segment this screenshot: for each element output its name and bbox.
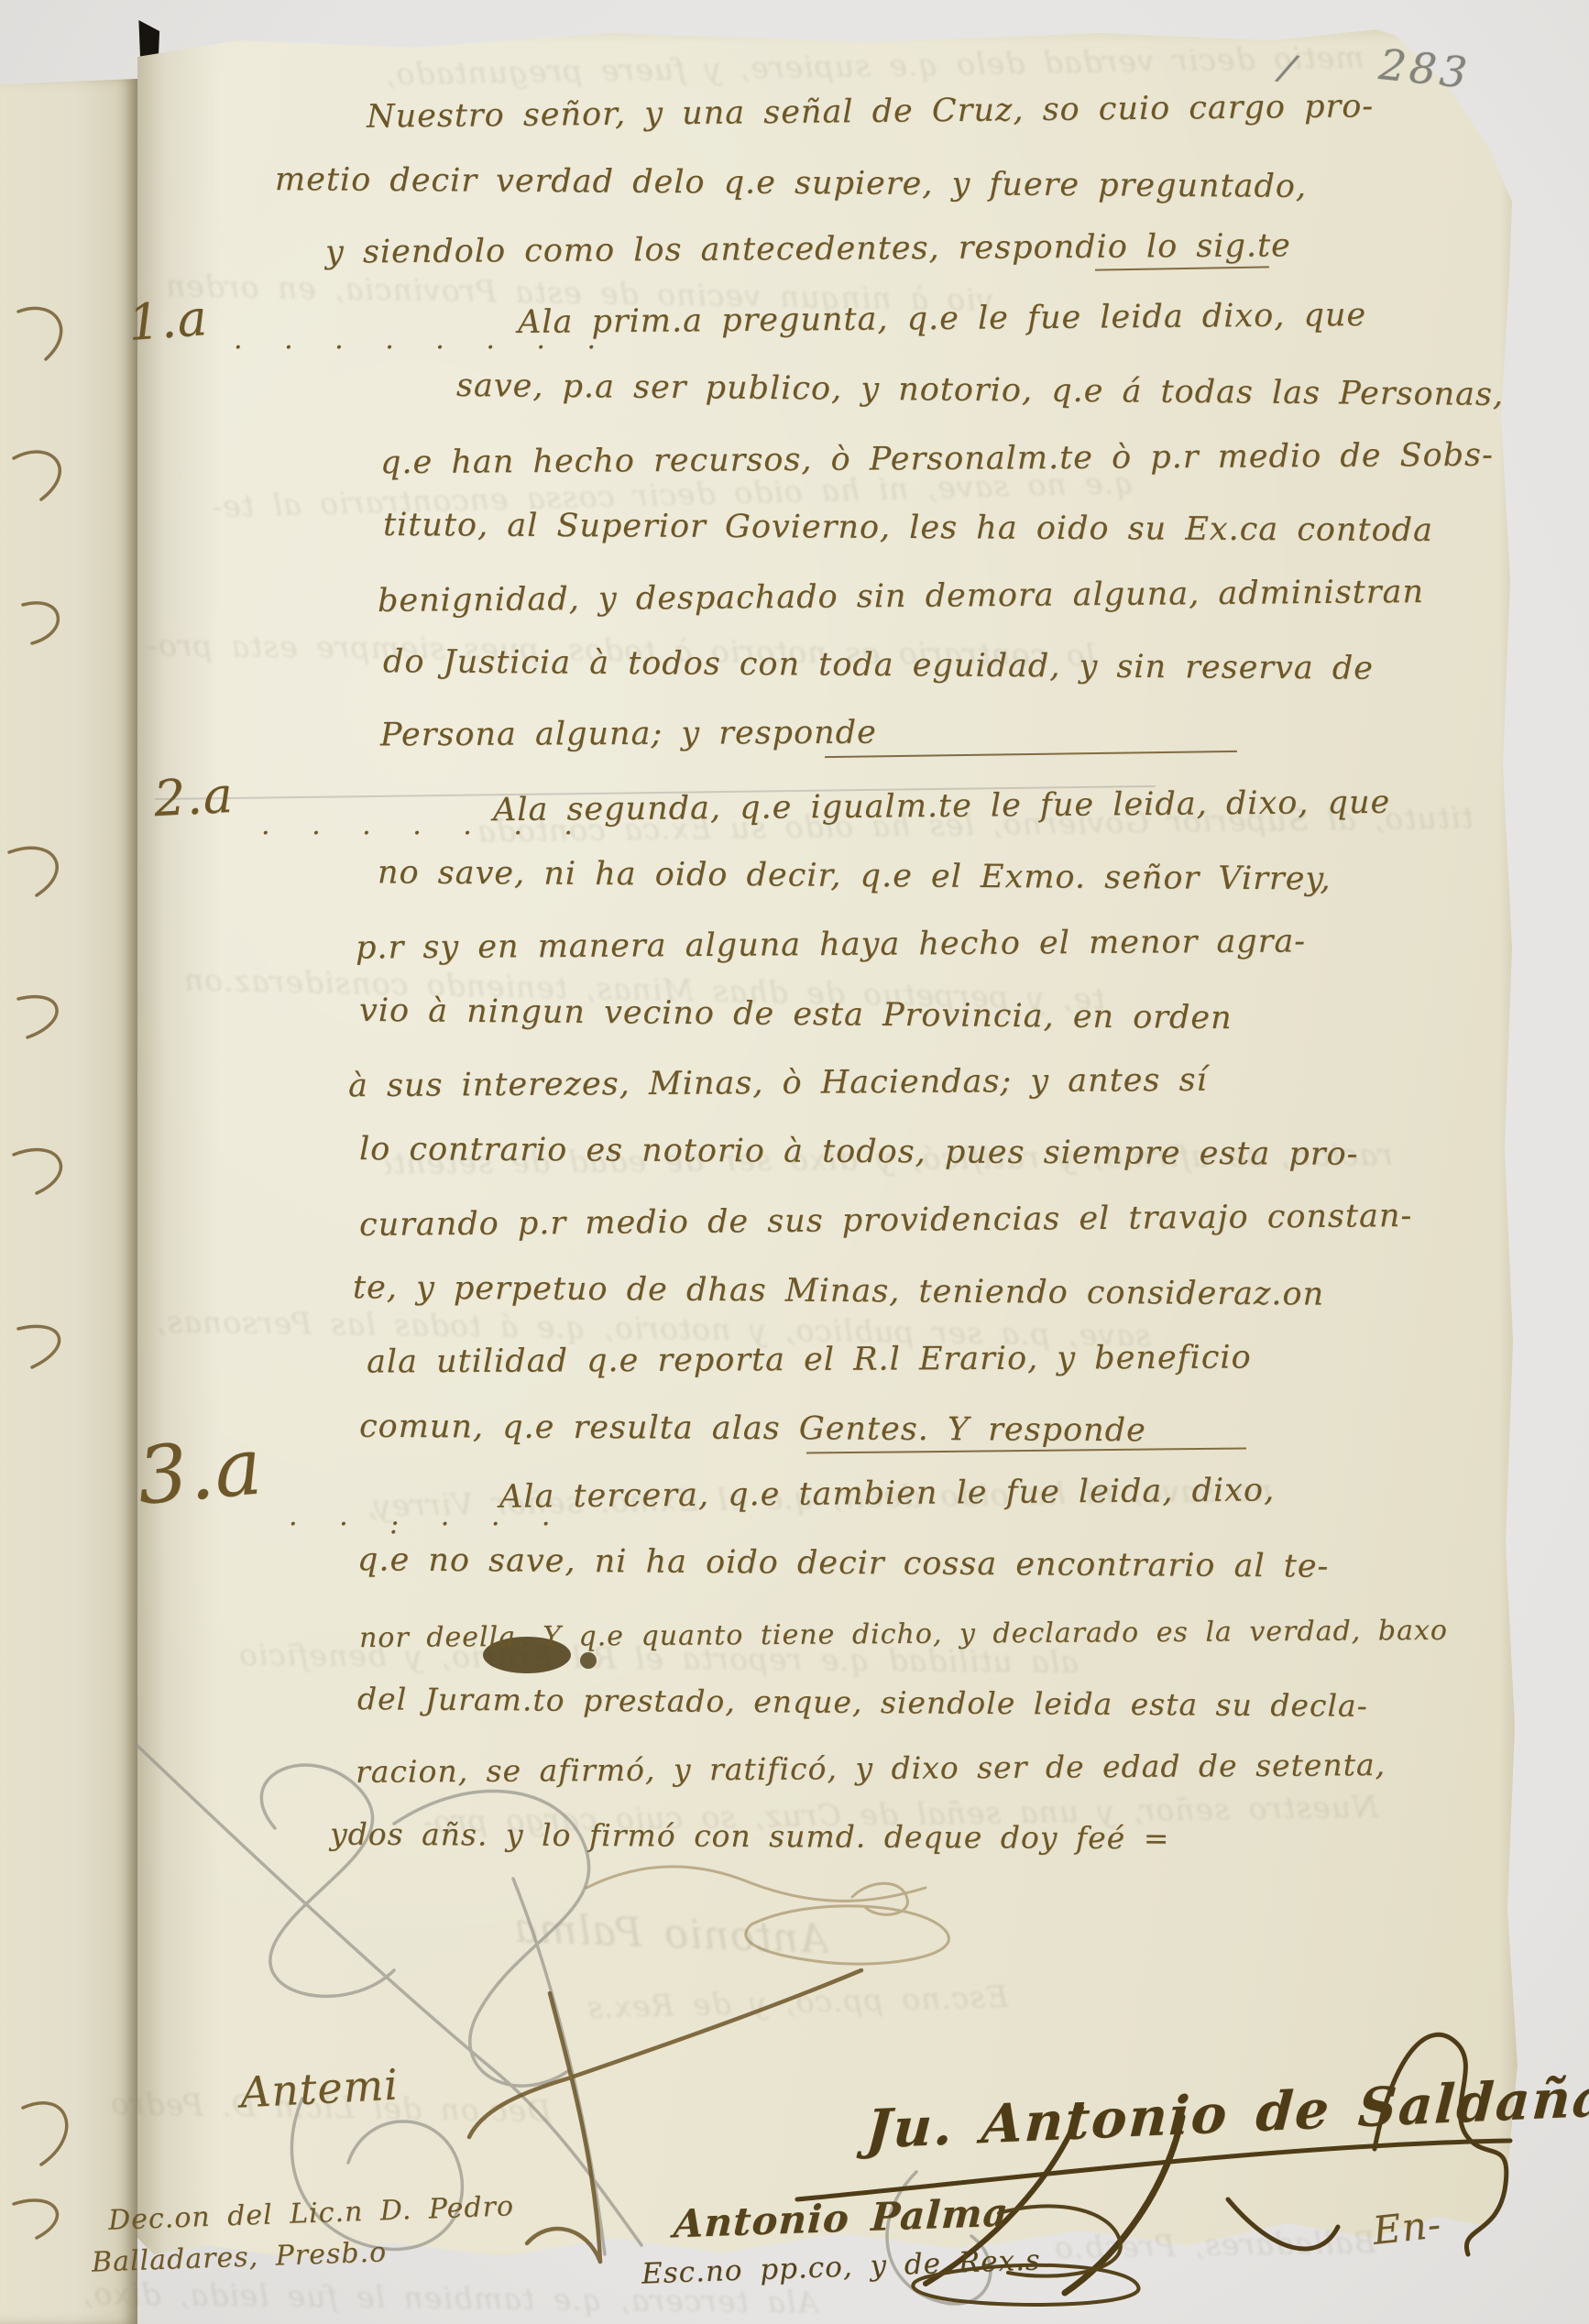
principal-signature: Ju. Antonio de Saldaña [864,2066,1589,2161]
text-line: y siendolo como los antecedentes, respon… [325,227,1291,270]
scribe-signature: Antonio Palma [673,2190,1010,2247]
text-line: comun, q.e resulta alas Gentes. Y respon… [359,1409,1146,1449]
answer-marker: 1.a [126,289,210,352]
text-line: nor deella. Y q.e quanto tiene dicho, y … [359,1615,1448,1654]
scribe-title: Esc.no pp.co, y de Rex.s [641,2243,1042,2290]
text-line: no save, ni ha oido decir, q.e el Exmo. … [378,854,1331,897]
folio-number: 283 [1376,39,1473,98]
text-line: vio à ningun vecino de esta Provincia, e… [359,992,1233,1036]
text-line: save, p.a ser publico, y notorio, q.e á … [456,367,1504,413]
text-line: benignidad, y despachado sin demora algu… [378,574,1424,619]
handwriting-layer: 283 / Nuestro señor, y una señal de Cruz… [0,0,1589,2324]
text-line: metio decir verdad delo q.e supiere, y f… [275,161,1307,205]
text-line: Ala segunda, q.e igualm.te le fue leida,… [493,784,1391,829]
scanned-manuscript-screenshot: { "document": { "page_number": "283", "c… [0,0,1589,2324]
text-line: tituto, al Superior Govierno, les ha oid… [383,507,1433,549]
ante-mi-note: Antemi [239,2060,400,2118]
text-line: Persona alguna; y responde [380,715,877,754]
text-line: à sus interezes, Minas, ò Haciendas; y a… [348,1062,1208,1105]
text-line: Ala prim.a pregunta, q.e le fue leida di… [518,297,1366,341]
text-line: curando p.r medio de sus providencias el… [359,1198,1413,1244]
answer-marker: 2.a [152,766,235,828]
text-line: ydos añs. y lo firmó con sumd. deque doy… [330,1816,1170,1857]
catchword: En- [1371,2201,1444,2253]
text-line: ala utilidad q.e reporta el R.l Erario, … [367,1339,1252,1380]
text-line: Nuestro señor, y una señal de Cruz, so c… [367,88,1375,136]
corner-tick-mark: / [1277,47,1302,92]
docket-line: Balladares, Presb.o [91,2236,387,2278]
docket-line: Dec.on del Lic.n D. Pedro [108,2190,515,2236]
text-line: del Juram.to prestado, enque, siendole l… [357,1681,1368,1724]
answer-marker: 3.a [134,1420,267,1523]
text-line: lo contrario es notorio à todos, pues si… [359,1131,1359,1173]
text-line: Ala tercera, q.e tambien le fue leida, d… [499,1472,1275,1515]
text-line: q.e no save, ni ha oido decir cossa enco… [357,1541,1330,1584]
text-line: do Justicia à todos con toda eguidad, y … [383,643,1374,687]
text-line: racion, se afirmó, y ratificó, y dixo se… [356,1747,1386,1790]
text-line: q.e han hecho recursos, ò Personalm.te ò… [380,437,1494,481]
text-line: te, y perpetuo de dhas Minas, teniendo c… [353,1269,1324,1312]
end-of-answer-rule [825,751,1237,758]
text-line: p.r sy en manera alguna haya hecho el me… [356,923,1306,966]
end-of-line-rule [1095,266,1269,270]
